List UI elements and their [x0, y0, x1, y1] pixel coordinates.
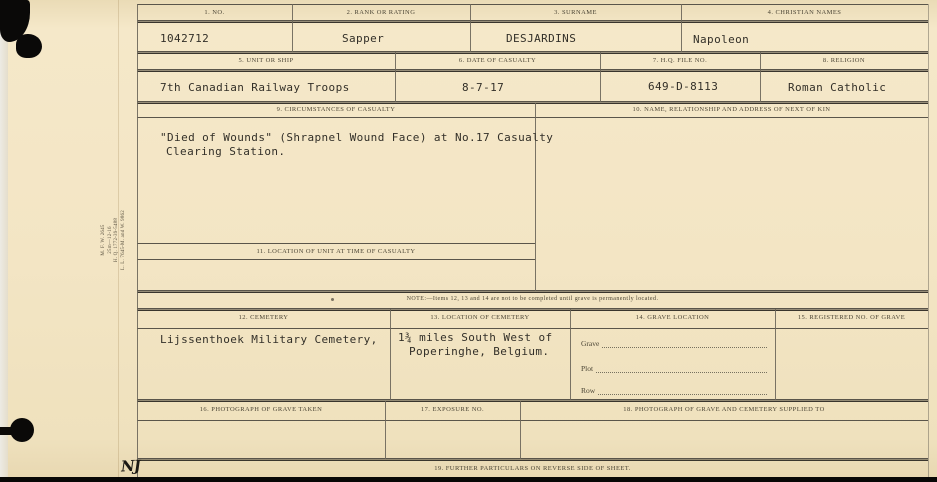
ink-speck	[331, 298, 334, 301]
value-unit: 7th Canadian Railway Troops	[160, 81, 350, 94]
rule	[137, 20, 928, 23]
dotted-leader	[602, 338, 767, 348]
value-hq-file-no: 649-D-8113	[648, 80, 718, 93]
field-label-surname: 3. SURNAME	[470, 9, 681, 16]
rule	[570, 309, 571, 400]
form-code-line: M. F. W. 2645	[101, 190, 108, 290]
rule	[137, 51, 928, 54]
field-label-next-of-kin: 10. NAME, RELATIONSHIP AND ADDRESS OF NE…	[535, 106, 928, 113]
handwritten-initials: NJ	[121, 457, 141, 476]
field-label-date-of-casualty: 6. DATE OF CASUALTY	[395, 57, 600, 64]
field-label-grave-location: 14. GRAVE LOCATION	[570, 314, 775, 321]
field-label-registered-no: 15. REGISTERED NO. OF GRAVE	[775, 314, 928, 321]
form-code-block: M. F. W. 2645 25m—12-16 H. Q. 1772-39-54…	[101, 190, 137, 290]
grave-row-label: Plot	[581, 364, 593, 373]
grave-row: Row	[581, 385, 767, 395]
form-code-line: 25m—12-16	[108, 190, 115, 290]
rule	[137, 259, 535, 260]
rule	[390, 309, 391, 400]
value-cemetery: Lijssenthoek Military Cemetery,	[160, 333, 378, 346]
field-label-photo-taken: 16. PHOTOGRAPH OF GRAVE TAKEN	[137, 406, 385, 413]
rule	[137, 4, 928, 5]
grave-row-label: Grave	[581, 339, 599, 348]
note-line: NOTE:—Items 12, 13 and 14 are not to be …	[137, 296, 928, 302]
field-label-cemetery-location: 13. LOCATION OF CEMETERY	[390, 314, 570, 321]
field-label-hq-file-no: 7. H.Q. FILE NO.	[600, 57, 760, 64]
dotted-leader	[596, 363, 767, 373]
field-label-no: 1. NO.	[137, 9, 292, 16]
field-label-rank: 2. RANK OR RATING	[292, 9, 470, 16]
rule	[137, 458, 928, 461]
field-label-circumstances: 9. CIRCUMSTANCES OF CASUALTY	[137, 106, 535, 113]
scan-bottom-edge	[0, 477, 937, 482]
value-cemetery-location-line2: Poperinghe, Belgium.	[409, 345, 549, 358]
rule	[137, 308, 928, 311]
value-date-of-casualty: 8-7-17	[462, 81, 504, 94]
rule	[775, 309, 776, 400]
rule	[137, 420, 928, 421]
field-label-cemetery: 12. CEMETERY	[137, 314, 390, 321]
dotted-leader	[598, 385, 767, 395]
field-label-unit: 5. UNIT OR SHIP	[137, 57, 395, 64]
form-code-line: L. L. 7645-M. and W. 9862	[121, 190, 128, 290]
rule	[137, 69, 928, 72]
scan-left-edge	[0, 0, 8, 477]
rule	[137, 117, 928, 118]
value-rank: Sapper	[342, 32, 384, 45]
grave-row-label: Row	[581, 386, 595, 395]
value-cemetery-location-line1: 1¾ miles South West of	[398, 331, 553, 344]
value-religion: Roman Catholic	[788, 81, 886, 94]
value-no: 1042712	[160, 32, 209, 45]
grave-row: Grave	[581, 338, 767, 348]
rule	[137, 399, 928, 402]
table-right-border	[928, 4, 929, 477]
field-label-unit-location: 11. LOCATION OF UNIT AT TIME OF CASUALTY	[137, 248, 535, 255]
rule	[137, 328, 928, 329]
further-particulars-line: 19. FURTHER PARTICULARS ON REVERSE SIDE …	[137, 465, 928, 472]
field-label-exposure-no: 17. EXPOSURE NO.	[385, 406, 520, 413]
form-code-line: H. Q. 1772-39-5488	[114, 190, 121, 290]
field-label-christian-names: 4. CHRISTIAN NAMES	[681, 9, 928, 16]
ink-blot-bottom-stem	[0, 427, 16, 435]
field-label-photo-supplied: 18. PHOTOGRAPH OF GRAVE AND CEMETERY SUP…	[520, 406, 928, 413]
value-circumstances-line2: Clearing Station.	[166, 145, 285, 158]
value-circumstances-line1: "Died of Wounds" (Shrapnel Wound Face) a…	[160, 131, 553, 144]
field-label-religion: 8. RELIGION	[760, 57, 928, 64]
rule	[137, 290, 928, 293]
rule	[137, 101, 928, 104]
value-surname: DESJARDINS	[506, 32, 576, 45]
rule	[137, 243, 535, 244]
ink-blot-top-left-lobe	[16, 34, 42, 58]
value-christian-names: Napoleon	[693, 33, 749, 46]
grave-row: Plot	[581, 363, 767, 373]
